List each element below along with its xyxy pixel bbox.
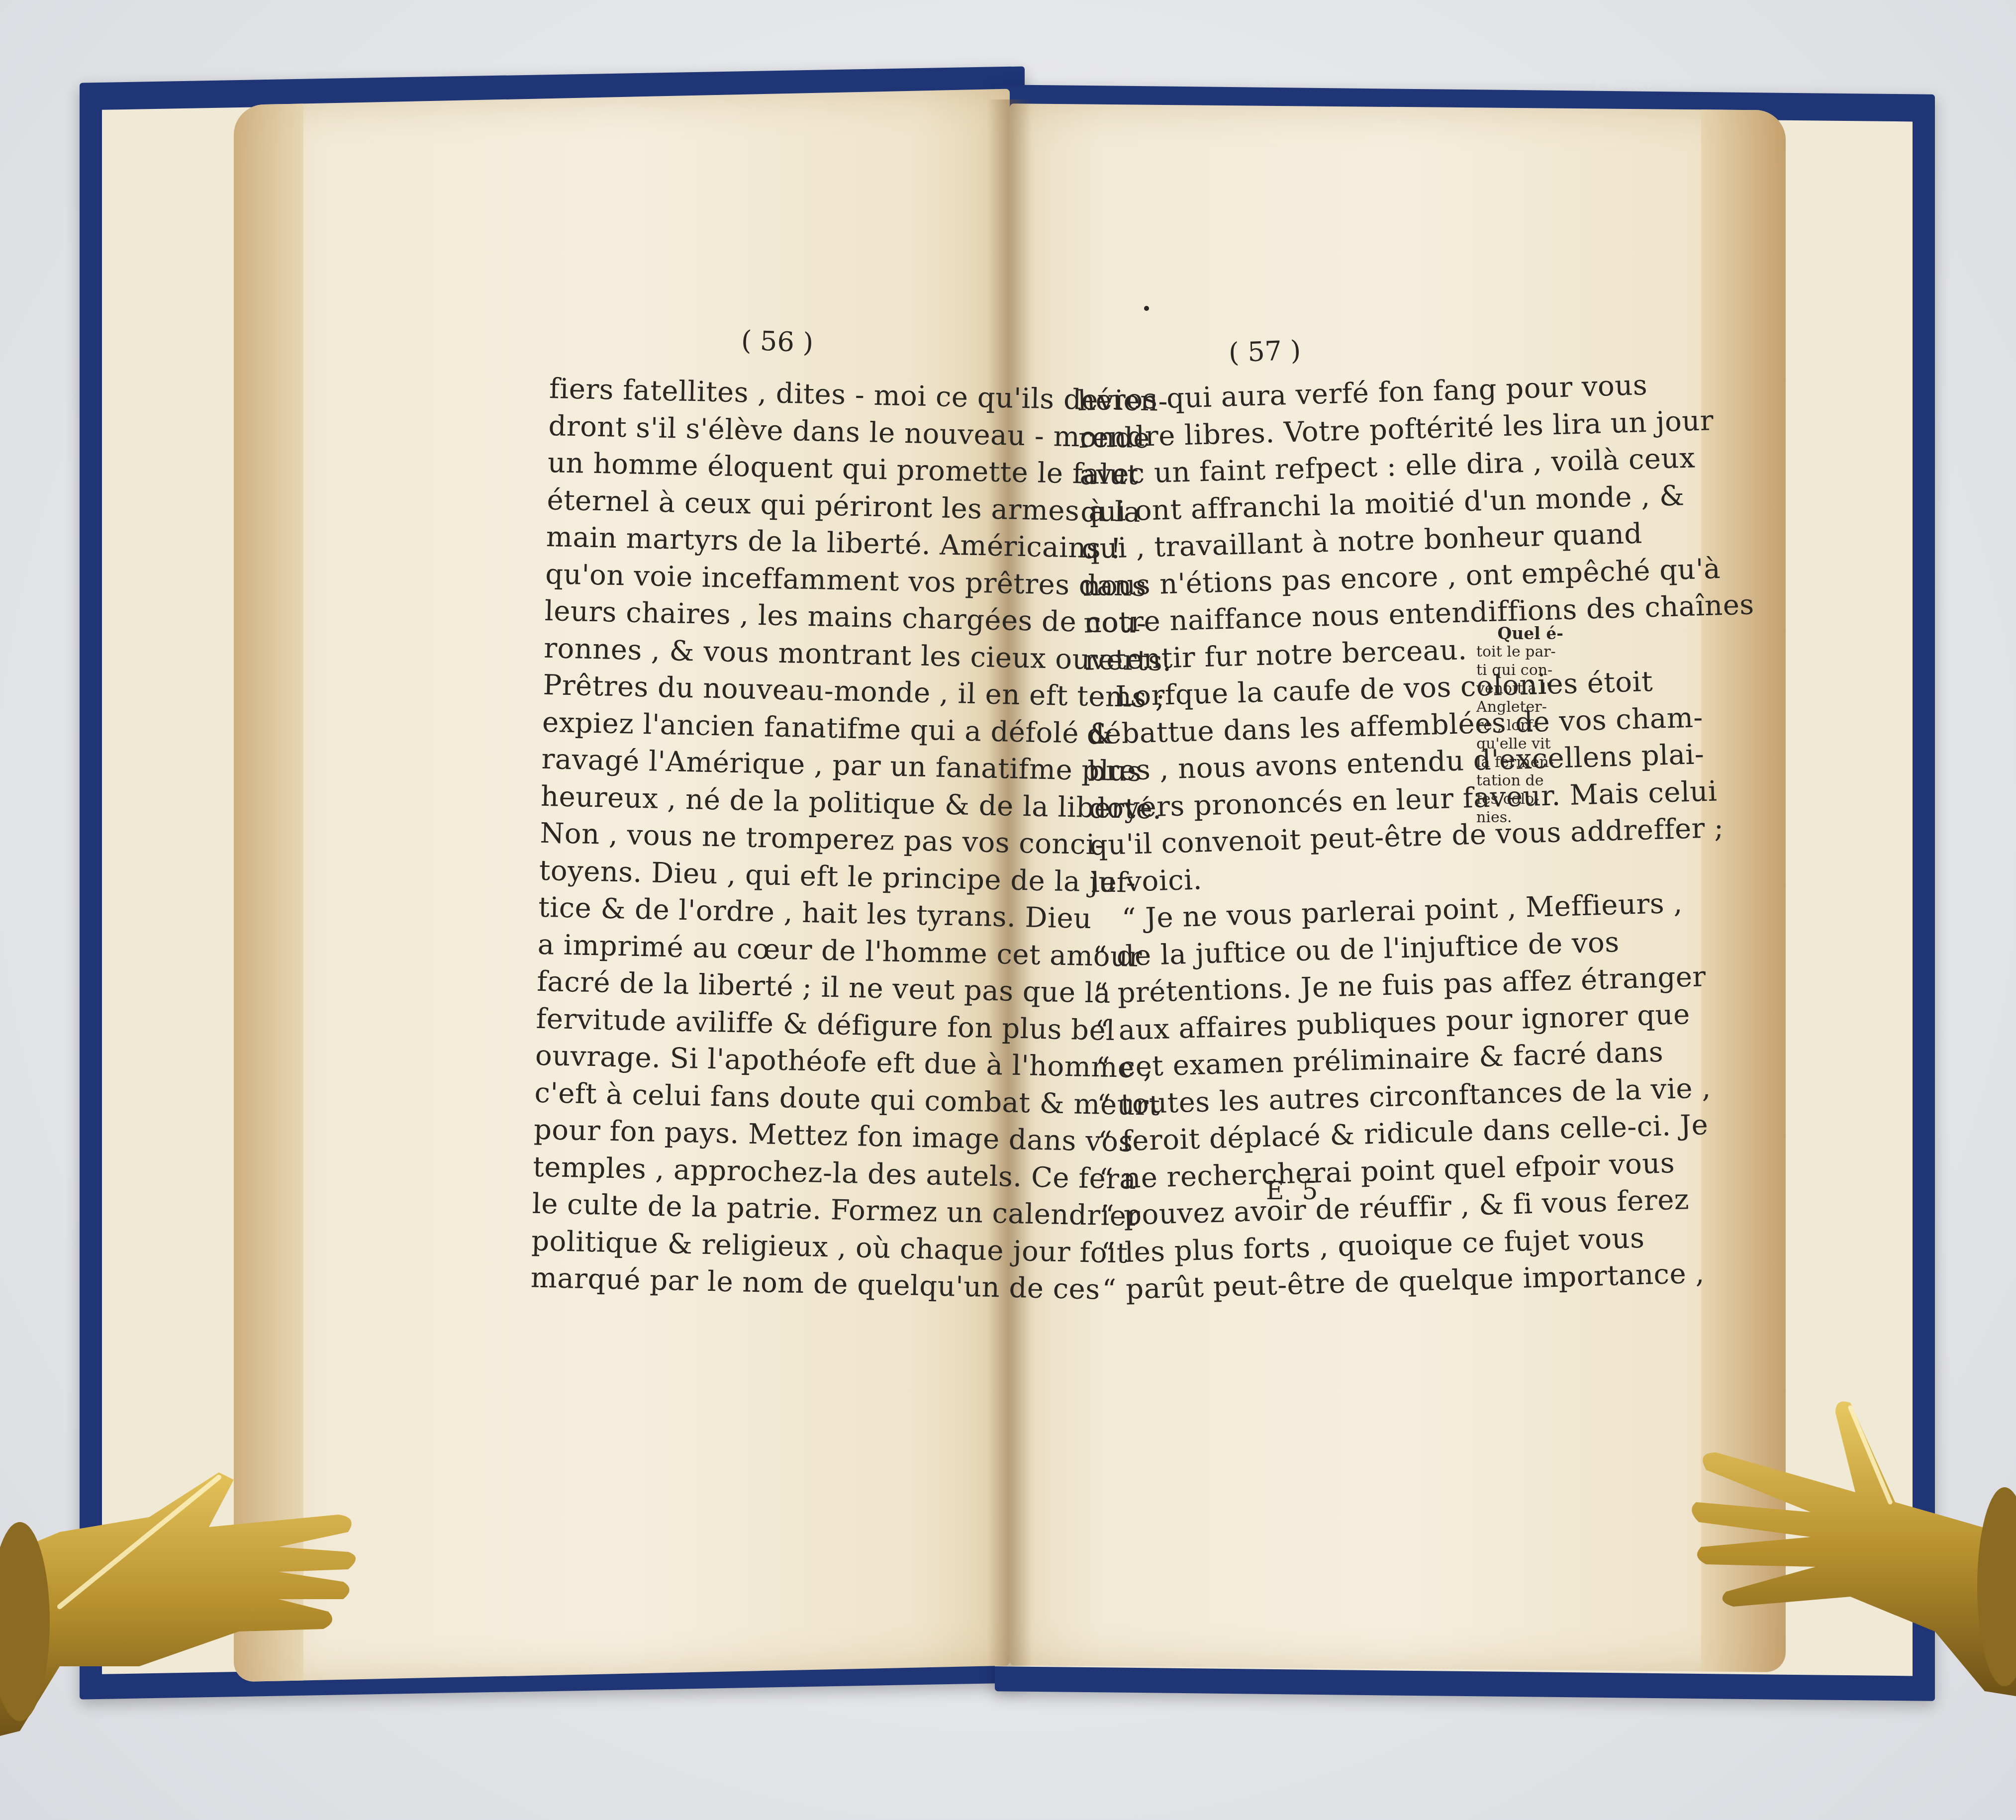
page-number-left: ( 56 ) <box>741 324 814 358</box>
right-page-text: héros qui aura verfé fon fang pour vous … <box>1077 372 1506 1309</box>
marginal-line: ti qui con- <box>1476 661 1563 679</box>
marginal-line: Angleter- <box>1476 698 1563 716</box>
page-number-right: ( 57 ) <box>1228 334 1301 368</box>
brass-hand-bookend-left-icon <box>0 1433 378 1751</box>
marginal-line: venoit à l' <box>1476 679 1563 698</box>
marginal-line: fes colo- <box>1476 790 1563 808</box>
signature-mark: E 5 <box>1266 1176 1323 1205</box>
marginal-line: toit le par- <box>1476 643 1563 661</box>
ink-speck <box>1144 306 1149 311</box>
marginal-line: tation de <box>1476 771 1563 790</box>
marginal-line: re , lorf- <box>1476 716 1563 735</box>
marginal-line: nies. <box>1476 808 1563 827</box>
marginal-note: Quel é- toit le par- ti qui con- venoit … <box>1476 624 1563 827</box>
marginal-line: la fermen- <box>1476 753 1563 771</box>
marginal-line: Quel é- <box>1476 624 1563 643</box>
brass-hand-bookend-right-icon <box>1686 1373 2016 1721</box>
left-page-text: fiers fatellites , dites - moi ce qu'ils… <box>530 371 972 1306</box>
marginal-line: qu'elle vit <box>1476 735 1563 753</box>
